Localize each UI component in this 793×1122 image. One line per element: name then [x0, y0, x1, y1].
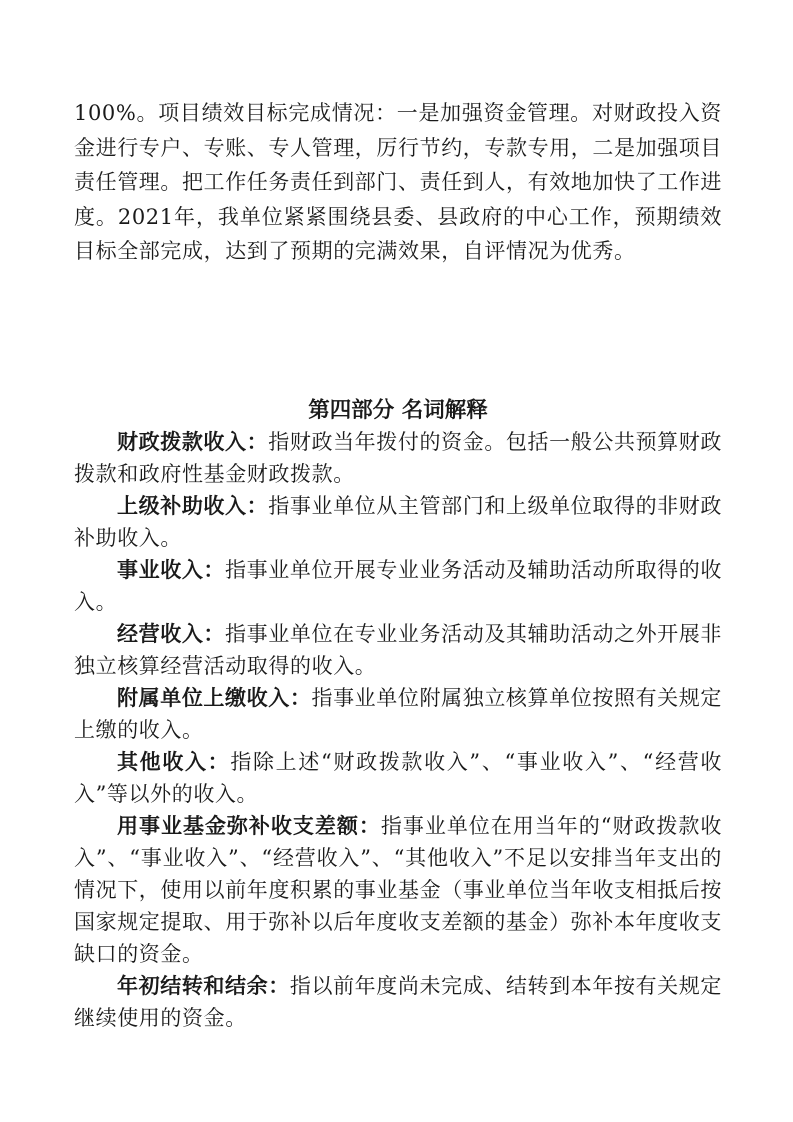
- section-title: 第四部分 名词解释: [74, 396, 722, 426]
- definition-item: 年初结转和结余：指以前年度尚未完成、结转到本年按有关规定继续使用的资金。: [74, 970, 722, 1034]
- document-page: 100%。项目绩效目标完成情况：一是加强资金管理。对财政投入资金进行专户、专账、…: [74, 96, 722, 1034]
- definition-term: 附属单位上缴收入：: [117, 686, 311, 710]
- definition-item: 用事业基金弥补收支差额：指事业单位在用当年的“财政拨款收入”、“事业收入”、“经…: [74, 810, 722, 970]
- definition-item: 财政拨款收入：指财政当年拨付的资金。包括一般公共预算财政拨款和政府性基金财政拨款…: [74, 426, 722, 490]
- definition-term: 其他收入：: [117, 750, 230, 774]
- definition-term: 用事业基金弥补收支差额：: [117, 814, 381, 838]
- definition-term: 年初结转和结余：: [117, 974, 290, 998]
- definition-item: 事业收入：指事业单位开展专业业务活动及辅助活动所取得的收入。: [74, 554, 722, 618]
- definition-item: 经营收入：指事业单位在专业业务活动及其辅助活动之外开展非独立核算经营活动取得的收…: [74, 618, 722, 682]
- definition-term: 上级补助收入：: [117, 494, 268, 518]
- section-gap: [74, 269, 722, 396]
- definition-item: 其他收入：指除上述“财政拨款收入”、“事业收入”、“经营收入”等以外的收入。: [74, 746, 722, 810]
- definition-term: 经营收入：: [117, 622, 225, 646]
- definition-item: 附属单位上缴收入：指事业单位附属独立核算单位按照有关规定上缴的收入。: [74, 682, 722, 746]
- definitions-list: 财政拨款收入：指财政当年拨付的资金。包括一般公共预算财政拨款和政府性基金财政拨款…: [74, 426, 722, 1034]
- definition-term: 事业收入：: [117, 558, 225, 582]
- intro-paragraph: 100%。项目绩效目标完成情况：一是加强资金管理。对财政投入资金进行专户、专账、…: [74, 96, 722, 269]
- definition-item: 上级补助收入：指事业单位从主管部门和上级单位取得的非财政补助收入。: [74, 490, 722, 554]
- definition-term: 财政拨款收入：: [117, 430, 268, 454]
